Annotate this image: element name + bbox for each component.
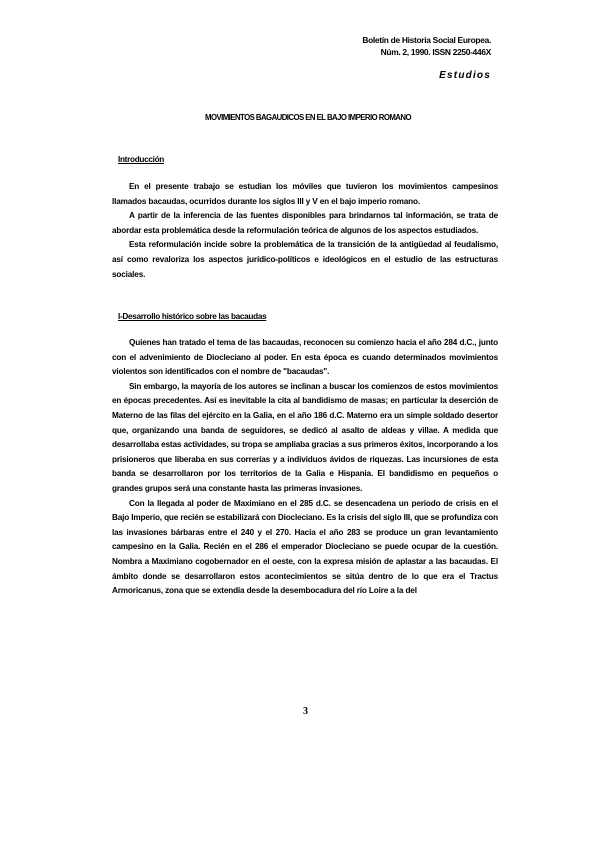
paragraph: Sin embargo, la mayoría de los autores s… — [112, 380, 498, 497]
page-number: 3 — [0, 706, 596, 717]
paragraph: Quienes han tratado el tema de las bacau… — [112, 336, 498, 380]
intro-body: En el presente trabajo se estudian los m… — [112, 180, 498, 282]
journal-issue: Núm. 2, 1990. ISSN 2250-446X — [362, 46, 491, 58]
journal-name: Boletín de Historia Social Europea. — [362, 34, 491, 46]
section1-body: Quienes han tratado el tema de las bacau… — [112, 336, 498, 599]
article-title: MOVIMIENTOS BAGAUDICOS EN EL BAJO IMPERI… — [0, 113, 596, 122]
paragraph: Con la llegada al poder de Maximiano en … — [112, 497, 498, 599]
paragraph: En el presente trabajo se estudian los m… — [112, 180, 498, 209]
paragraph: Esta reformulación incide sobre la probl… — [112, 238, 498, 282]
intro-heading: Introducción — [118, 155, 164, 164]
section-label: Estudios — [439, 70, 491, 81]
paragraph: A partir de la inferencia de las fuentes… — [112, 209, 498, 238]
section1-heading: I-Desarrollo histórico sobre las bacauda… — [118, 312, 266, 321]
journal-header: Boletín de Historia Social Europea. Núm.… — [362, 34, 491, 58]
